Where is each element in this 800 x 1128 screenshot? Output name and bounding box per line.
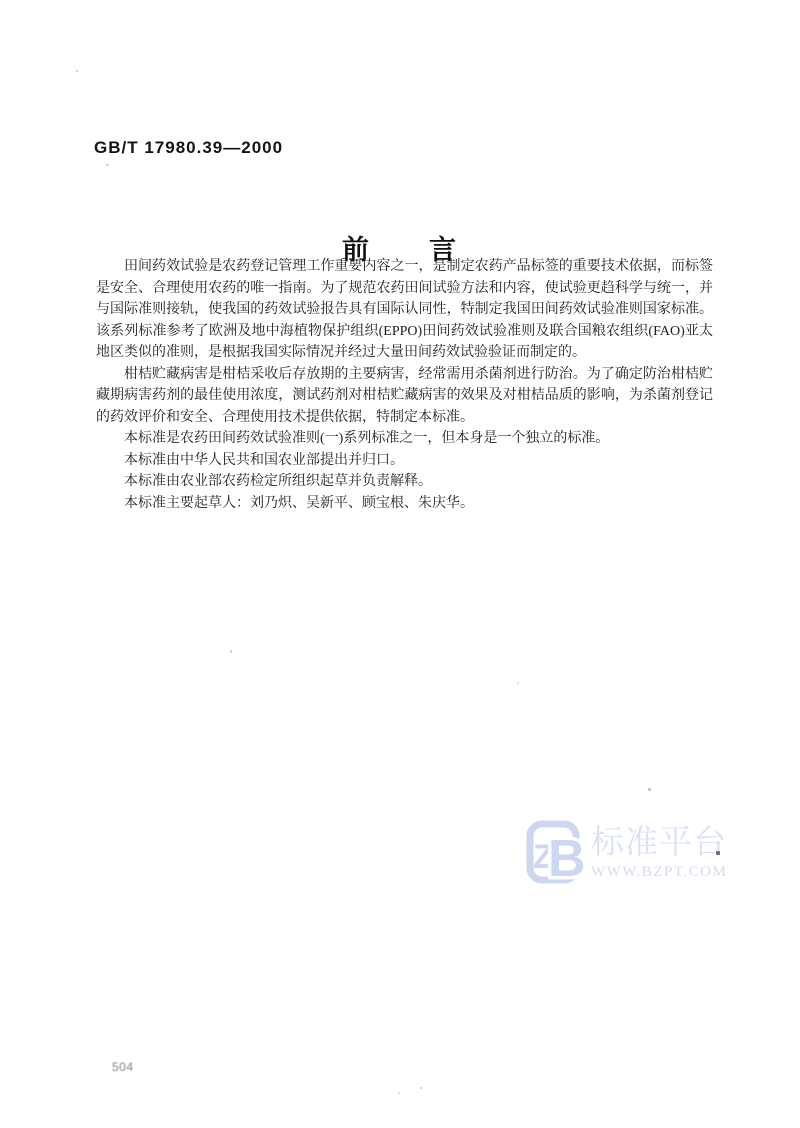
scan-speck bbox=[76, 70, 78, 72]
scan-speck bbox=[648, 788, 651, 791]
paragraph: 本标准主要起草人：刘乃炽、吴新平、顾宝根、朱庆华。 bbox=[96, 493, 713, 515]
page-number: 504 bbox=[112, 1060, 134, 1074]
watermark-text: 标准平台 WWW.BZPT.COM bbox=[591, 820, 727, 880]
paragraph: 柑桔贮藏病害是柑桔采收后存放期的主要病害，经常需用杀菌剂进行防治。为了确定防治柑… bbox=[96, 364, 713, 429]
scan-speck bbox=[398, 1092, 400, 1094]
scan-speck bbox=[230, 650, 232, 653]
logo-letter-b: B bbox=[548, 830, 584, 885]
watermark-brand-name: 标准平台 bbox=[591, 825, 727, 858]
scanned-document-page: GB/T 17980.39—2000 前 言 田间药效试验是农药登记管理工作重要… bbox=[0, 0, 800, 1128]
watermark: Z B 标准平台 WWW.BZPT.COM bbox=[526, 820, 727, 885]
paragraph: 本标准是农药田间药效试验准则(一)系列标准之一，但本身是一个独立的标准。 bbox=[96, 428, 713, 450]
watermark-url: WWW.BZPT.COM bbox=[591, 864, 727, 880]
paragraph: 本标准由中华人民共和国农业部提出并归口。 bbox=[96, 450, 713, 472]
paragraph: 本标准由农业部农药检定所组织起草并负责解释。 bbox=[96, 471, 713, 493]
standard-code: GB/T 17980.39—2000 bbox=[94, 138, 283, 158]
scan-speck bbox=[716, 851, 720, 855]
scan-speck bbox=[517, 682, 519, 684]
foreword-body: 田间药效试验是农药登记管理工作重要内容之一，是制定农药产品标签的重要技术依据，而… bbox=[96, 256, 713, 514]
scan-speck bbox=[106, 164, 109, 166]
paragraph: 田间药效试验是农药登记管理工作重要内容之一，是制定农药产品标签的重要技术依据，而… bbox=[96, 256, 713, 364]
scan-speck bbox=[420, 1087, 422, 1089]
bzpt-logo-icon: Z B bbox=[526, 820, 584, 885]
